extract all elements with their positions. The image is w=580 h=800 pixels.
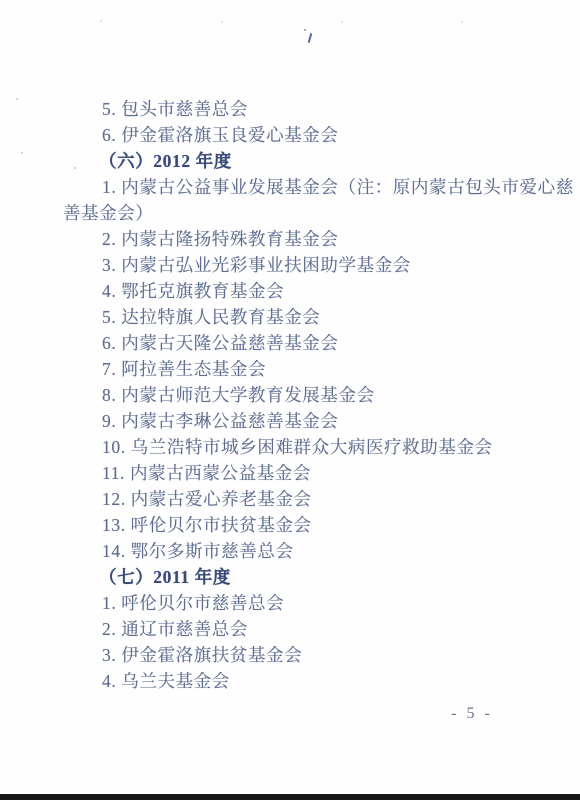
document-line: 3. 内蒙古弘业光彩事业扶困助学基金会 — [63, 252, 523, 278]
document-line: 6. 内蒙古天隆公益慈善基金会 — [63, 330, 523, 356]
scanned-document-page: 5. 包头市慈善总会6. 伊金霍洛旗玉良爱心基金会（六）2012 年度1. 内蒙… — [0, 0, 580, 800]
scan-artifact — [100, 20, 102, 22]
section-heading: （六）2012 年度 — [63, 148, 523, 174]
document-line: 1. 内蒙古公益事业发展基金会（注：原内蒙古包头市爱心慈 — [63, 174, 523, 200]
document-line: 4. 鄂托克旗教育基金会 — [63, 278, 523, 304]
document-line: 1. 呼伦贝尔市慈善总会 — [63, 590, 523, 616]
document-line: 3. 伊金霍洛旗扶贫基金会 — [63, 642, 523, 668]
document-line: 5. 包头市慈善总会 — [63, 96, 523, 122]
scan-artifact — [21, 152, 23, 154]
document-line: 13. 呼伦贝尔市扶贫基金会 — [63, 512, 523, 538]
page-number: - 5 - — [441, 703, 503, 725]
scan-artifact — [304, 29, 306, 31]
document-line: 7. 阿拉善生态基金会 — [63, 356, 523, 382]
document-line: 2. 内蒙古隆扬特殊教育基金会 — [63, 226, 523, 252]
scan-artifact — [16, 98, 18, 100]
scan-artifact — [461, 21, 463, 23]
document-lines: 5. 包头市慈善总会6. 伊金霍洛旗玉良爱心基金会（六）2012 年度1. 内蒙… — [63, 96, 523, 694]
document-line: 8. 内蒙古师范大学教育发展基金会 — [63, 382, 523, 408]
document-line: 4. 乌兰夫基金会 — [63, 668, 523, 694]
document-line: 10. 乌兰浩特市城乡困难群众大病医疗救助基金会 — [63, 434, 523, 460]
document-line: 11. 内蒙古西蒙公益基金会 — [63, 460, 523, 486]
scan-artifact — [221, 21, 223, 23]
document-line: 2. 通辽市慈善总会 — [63, 616, 523, 642]
document-line: 6. 伊金霍洛旗玉良爱心基金会 — [63, 122, 523, 148]
section-heading: （七）2011 年度 — [63, 564, 523, 590]
document-line: 9. 内蒙古李琳公益慈善基金会 — [63, 408, 523, 434]
scan-artifact — [341, 21, 343, 23]
document-line: 12. 内蒙古爱心养老基金会 — [63, 486, 523, 512]
document-line: 14. 鄂尔多斯市慈善总会 — [63, 538, 523, 564]
document-line: 5. 达拉特旗人民教育基金会 — [63, 304, 523, 330]
document-line: 善基金会） — [63, 200, 523, 226]
scan-artifact — [308, 33, 313, 43]
scan-edge-bar — [0, 794, 580, 800]
